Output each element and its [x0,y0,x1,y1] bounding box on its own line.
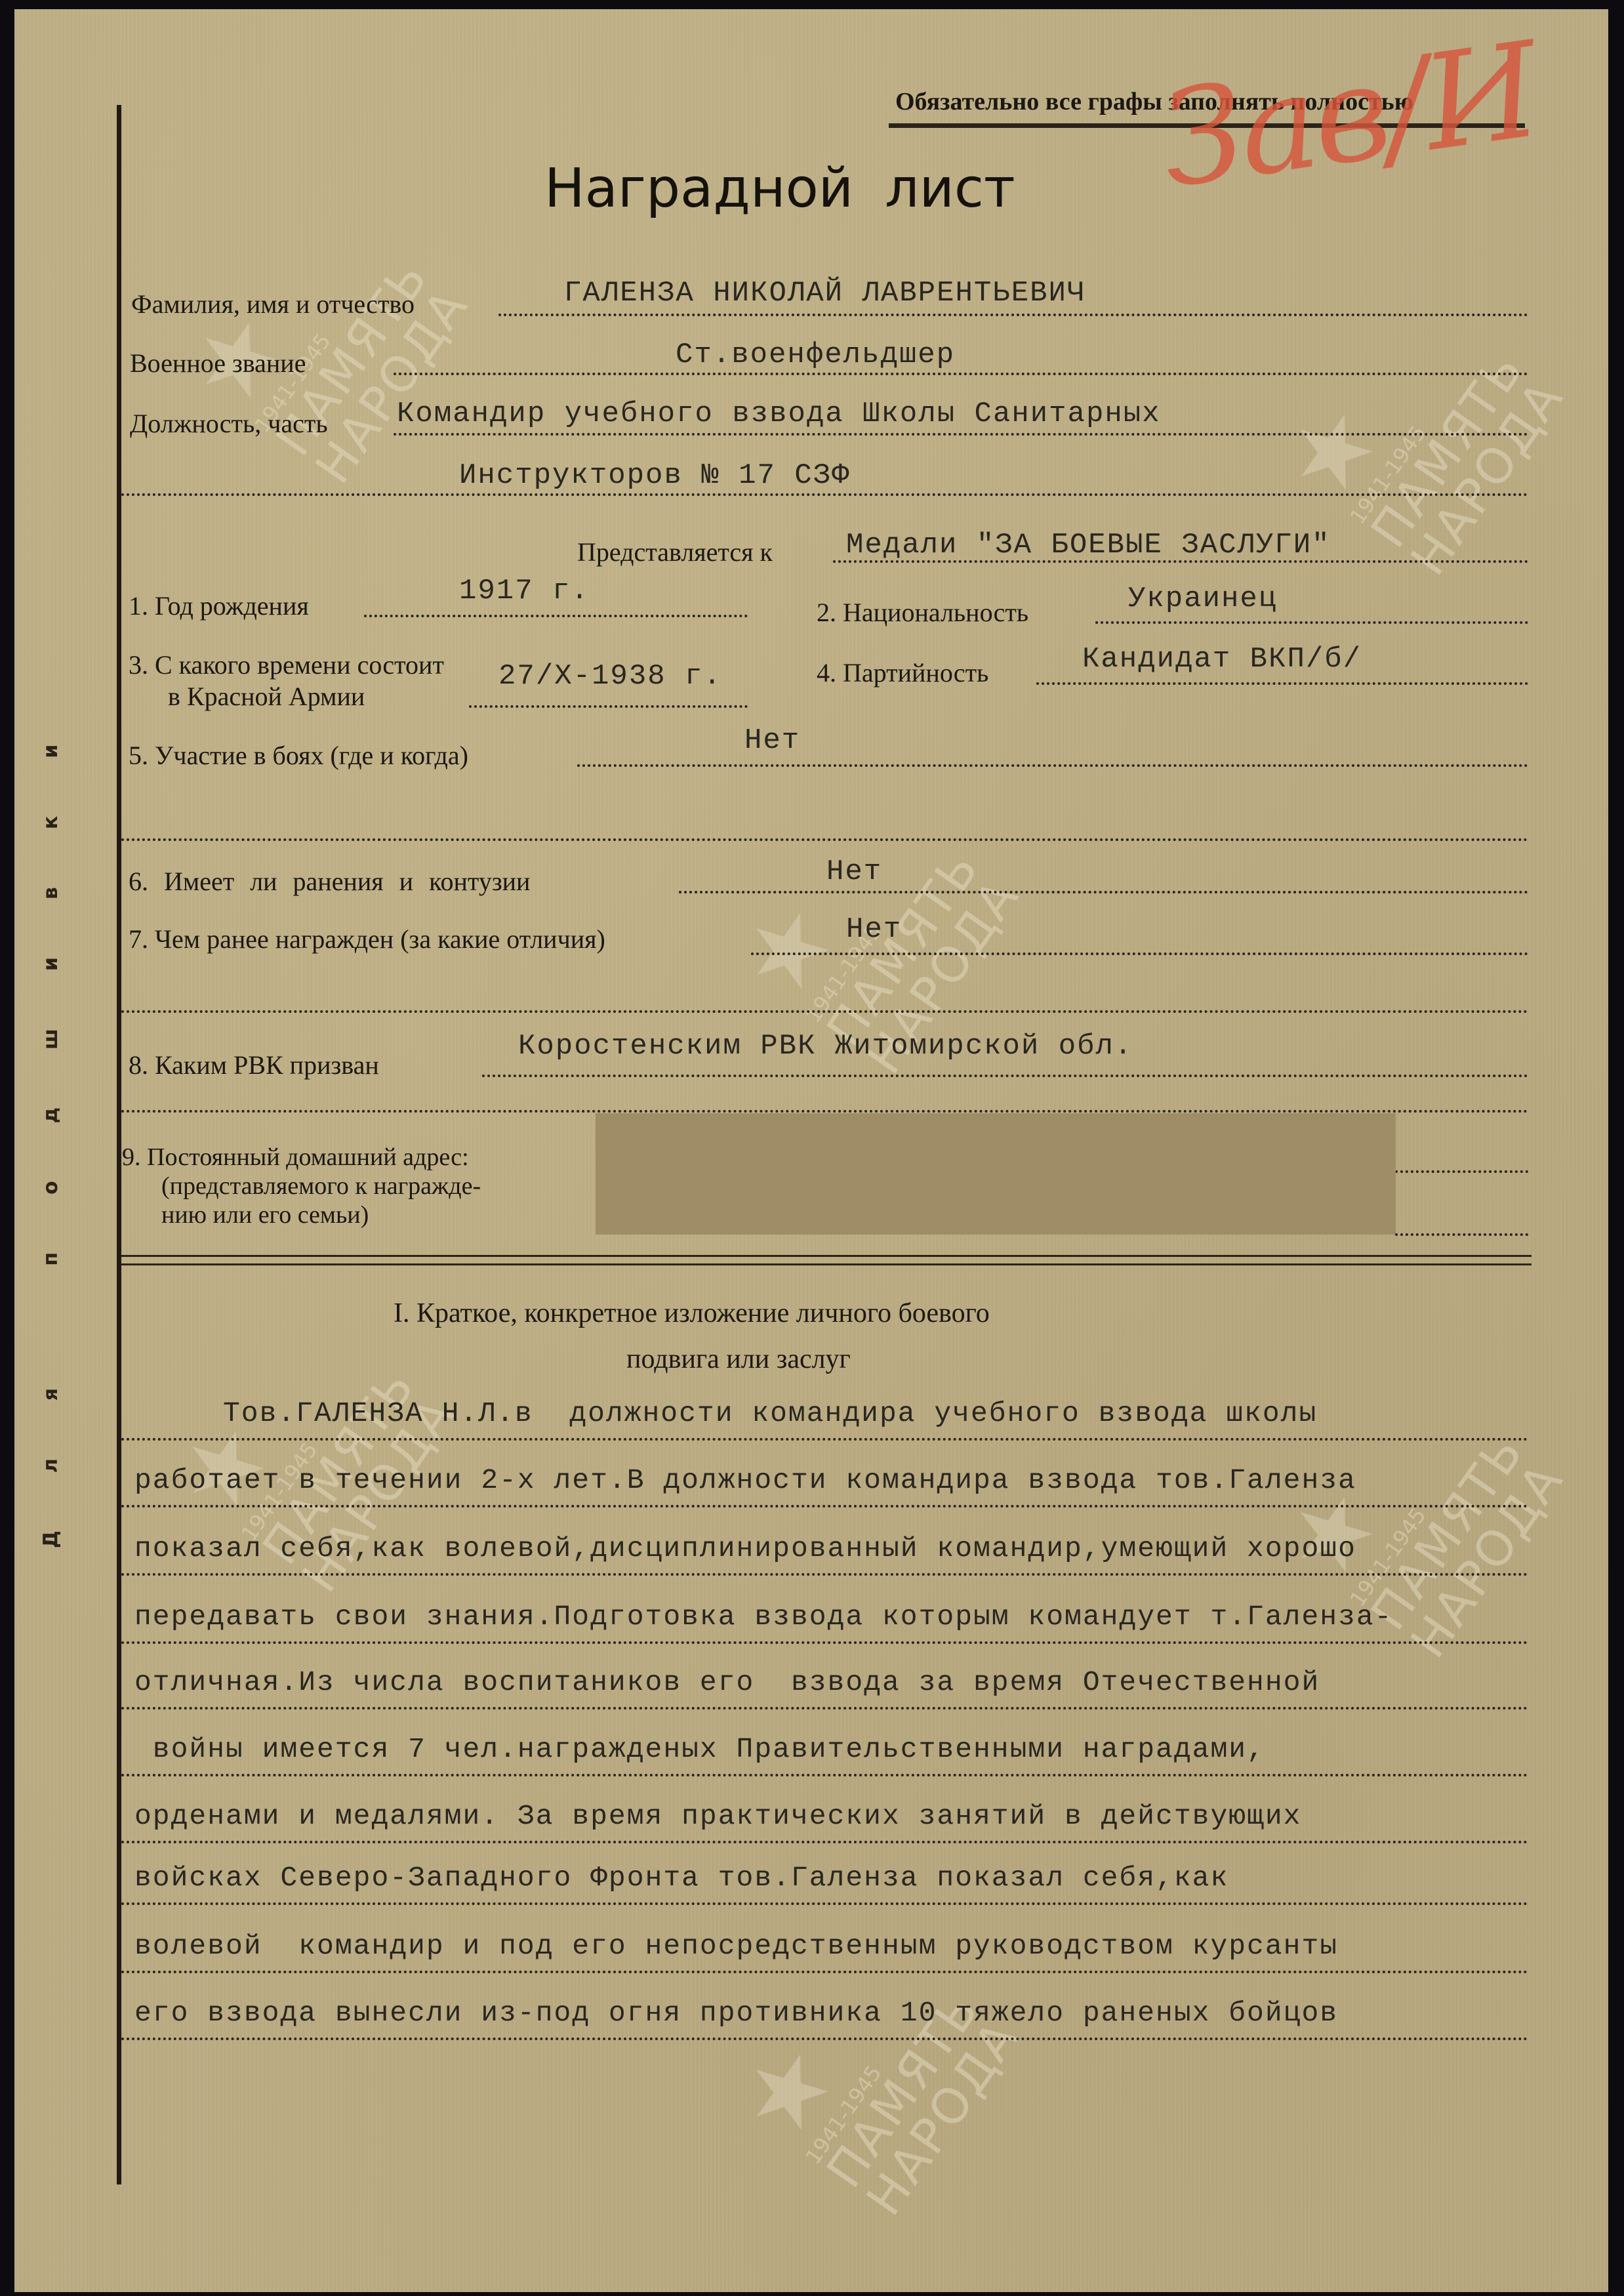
summary-line: Тов.ГАЛЕНЗА Н.Л.в должности командира уч… [223,1397,1317,1429]
home-address-label-2: (представляемого к награжде- [161,1172,481,1200]
position-line-2 [121,493,1528,496]
prior-awards-line [751,953,1528,955]
nationality-value: Украинец [1128,583,1277,615]
summary-line: показал себя,как волевой,дисциплинирован… [134,1532,1356,1565]
position-value-line1: Командир учебного взвода Школы Санитарны… [397,398,1161,430]
army-since-value: 27/Х-1938 г. [498,660,722,693]
position-line [394,433,1528,436]
wounds-value: Нет [826,855,882,888]
summary-underline [121,1438,1528,1441]
binding-margin-label: Для подшивки [39,564,62,1548]
nominated-for-value: Медали "ЗА БОЕВЫЕ ЗАСЛУГИ" [846,529,1331,562]
home-address-line [1395,1170,1528,1173]
wounds-label: 6. Имеет ли ранения и контузии [129,866,530,897]
birth-year-line [364,615,748,617]
full-name-line [498,314,1528,316]
party-label: 4. Партийность [817,657,988,688]
nominated-for-label: Представляется к [577,537,773,567]
page-title: Наградной лист [544,157,1015,220]
full-name-value: ГАЛЕНЗА НИКОЛАЙ ЛАВРЕНТЬЕВИЧ [564,277,1086,310]
binding-margin-rule [117,105,121,2184]
summary-underline [121,1707,1528,1710]
summary-underline [121,1841,1528,1843]
summary-line: волевой командир и под его непосредствен… [134,1930,1338,1962]
summary-line: орденами и медалями. За время практическ… [134,1800,1301,1832]
summary-underline [121,1902,1528,1905]
position-label: Должность, часть [130,408,328,439]
full-name-label: Фамилия, имя и отчество [131,289,415,319]
conscripted-line [482,1075,1528,1077]
rank-label: Военное звание [130,348,306,379]
conscripted-label: 8. Каким РВК призван [129,1050,379,1080]
summary-underline [121,1774,1528,1776]
conscripted-value: Коростенским РВК Житомирской обл. [518,1030,1133,1063]
nationality-line [1095,621,1528,624]
home-address-label-3: нию или его семьи) [161,1200,369,1229]
army-since-label-1: 3. С какого времени состоит [129,649,444,680]
home-address-redacted [596,1113,1396,1235]
home-address-label-1: 9. Постоянный домашний адрес: [122,1143,469,1172]
summary-line: передавать свои знания.Подготовка взвода… [134,1601,1393,1633]
summary-line: работает в течении 2-х лет.В должности к… [134,1464,1356,1496]
summary-underline [121,1573,1528,1576]
prior-awards-line-2 [121,1010,1528,1013]
prior-awards-value: Нет [846,913,902,946]
battles-line [577,764,1528,767]
summary-underline [121,1505,1528,1507]
summary-underline [121,2038,1528,2040]
position-value-line2: Инструкторов № 17 СЗФ [459,459,851,492]
summary-underline [121,1971,1528,1973]
summary-line: его взвода вынесли из-под огня противник… [134,1997,1338,2029]
summary-heading-2: подвига или заслуг [626,1343,851,1375]
wounds-line [679,891,1528,893]
birth-year-value: 1917 г. [459,575,590,607]
birth-year-label: 1. Год рождения [129,590,309,621]
section-divider [121,1255,1532,1265]
nationality-label: 2. Национальность [817,597,1028,628]
party-line [1036,682,1528,685]
summary-line: войсках Северо-Западного Фронта тов.Гале… [134,1862,1228,1894]
summary-underline [121,1641,1528,1644]
home-address-line-2 [1395,1233,1528,1236]
party-value: Кандидат ВКП/б/ [1082,643,1362,676]
battles-value: Нет [744,724,800,757]
army-since-label-2: в Красной Армии [168,681,365,712]
rank-line [394,373,1528,375]
battles-line-2 [121,838,1528,841]
summary-line: войны имеется 7 чел.награжденых Правител… [134,1733,1265,1765]
conscripted-line-2 [121,1110,1528,1113]
summary-heading-1: I. Краткое, конкретное изложение личного… [394,1298,990,1329]
rank-value: Ст.военфельдшер [676,338,955,371]
prior-awards-label: 7. Чем ранее награжден (за какие отличия… [129,924,605,954]
army-since-line [469,705,748,708]
battles-label: 5. Участие в боях (где и когда) [129,740,468,771]
summary-line: отличная.Из числа воспитаников его взвод… [134,1666,1320,1698]
